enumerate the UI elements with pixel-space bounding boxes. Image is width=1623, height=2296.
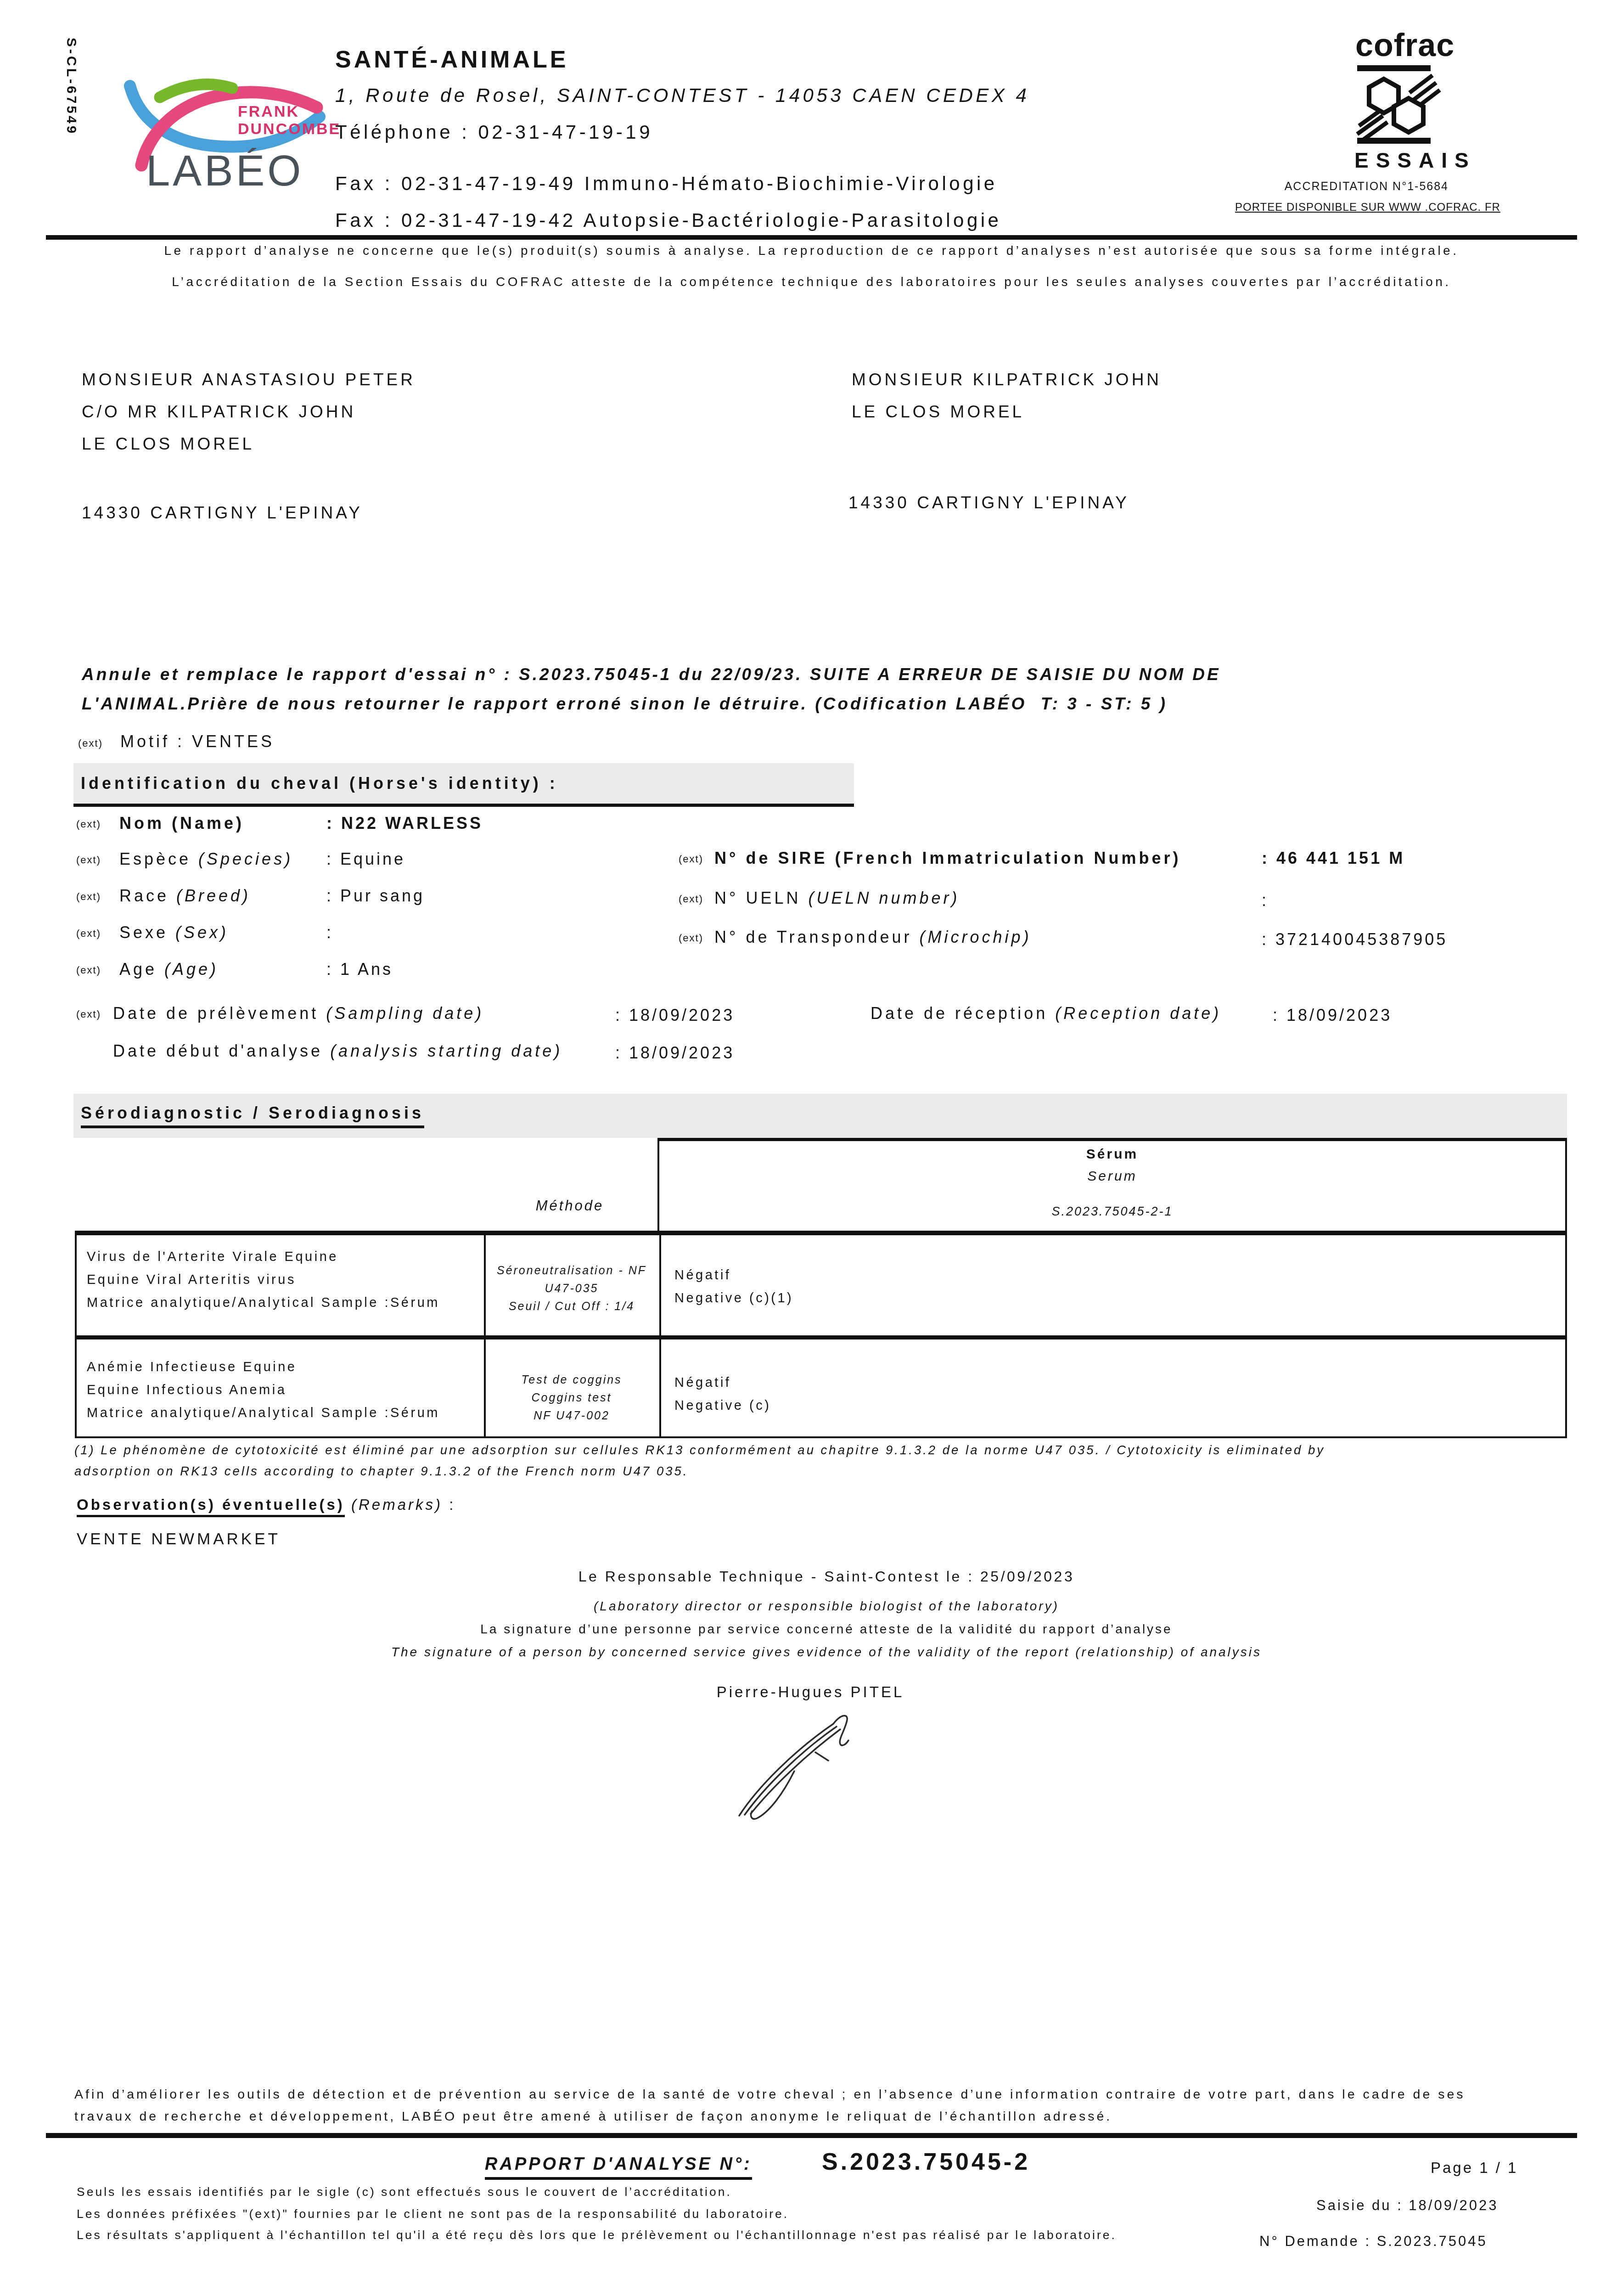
disclaimer-line1: Le rapport d’analyse ne concerne que le(… — [46, 243, 1577, 258]
entry-date: Saisie du : 18/09/2023 — [1316, 2197, 1499, 2214]
ueln-label-paren: (UELN number) — [808, 889, 960, 907]
race-ext-tag: (ext) — [76, 891, 101, 903]
signature-validity-fr: La signature d’une personne par service … — [275, 1622, 1377, 1637]
recipient-left-block: MONSIEUR ANASTASIOU PETER C/O MR KILPATR… — [82, 364, 416, 460]
row2-method-line1: Test de coggins — [484, 1371, 659, 1389]
disclaimer-line2: L’accréditation de la Section Essais du … — [46, 275, 1577, 289]
sire-label: N° de SIRE (French Immatriculation Numbe… — [714, 849, 1181, 868]
cofrac-scope-link: PORTEE DISPONIBLE SUR WWW .COFRAC. FR — [1235, 201, 1449, 214]
fine-print-line3: Les résultats s'appliquent à l'échantill… — [77, 2228, 1117, 2242]
ueln-label: N° UELN (UELN number) — [714, 889, 960, 908]
row1-method-line3: Seuil / Cut Off : 1/4 — [484, 1298, 659, 1316]
row1-method-line1: Séroneutralisation - NF — [484, 1262, 659, 1280]
prelevement-value: : 18/09/2023 — [615, 1006, 735, 1025]
chip-ext-tag: (ext) — [679, 932, 703, 944]
row1-matrix: Matrice analytique/Analytical Sample :Sé… — [87, 1291, 440, 1314]
nom-label: Nom (Name) — [119, 814, 244, 833]
row2-result-en: Negative (c) — [674, 1394, 771, 1417]
logo-duncombe-text: DUNCOMBE — [238, 120, 341, 138]
sero-section-title: Sérodiagnostic / Serodiagnosis — [81, 1103, 424, 1128]
cofrac-section-text: ESSAIS — [1354, 148, 1476, 173]
sexe-label-main: Sexe — [119, 923, 175, 942]
signature-validity-en: The signature of a person by concerned s… — [275, 1645, 1377, 1660]
logo-frank-text: FRANK — [238, 103, 299, 120]
sexe-label: Sexe (Sex) — [119, 923, 229, 942]
row1-analyte-fr: Virus de l'Arterite Virale Equine — [87, 1245, 440, 1268]
footer-info-line2: travaux de recherche et développement, L… — [74, 2109, 1112, 2124]
recipient-right-line2: LE CLOS MOREL — [852, 396, 1162, 428]
recipient-left-line2: C/O MR KILPATRICK JOHN — [82, 396, 416, 428]
ueln-label-main: N° UELN — [714, 889, 808, 907]
replacement-notice-line1: Annule et remplace le rapport d'essai n°… — [82, 665, 1221, 684]
header-phone: Téléphone : 02-31-47-19-19 — [335, 121, 653, 143]
cytotoxicity-footnote-line2: adsorption on RK13 cells according to ch… — [74, 1464, 689, 1479]
handwritten-signature — [725, 1695, 918, 1829]
chip-label-main: N° de Transpondeur — [714, 928, 920, 946]
lab-report-page: S-CL-67549 FRANK DUNCOMBE LABÉO SANTÉ-AN… — [0, 0, 1623, 2296]
row2-method-line2: Coggins test — [484, 1389, 659, 1407]
row2-method-line3: NF U47-002 — [484, 1407, 659, 1425]
header-fax2: Fax : 02-31-47-19-42 Autopsie-Bactériolo… — [335, 209, 1001, 231]
row1-method: Séroneutralisation - NF U47-035 Seuil / … — [484, 1262, 659, 1316]
recipient-left-line3: LE CLOS MOREL — [82, 428, 416, 460]
espece-value: : Equine — [326, 850, 405, 869]
table-row-divider — [77, 1335, 1565, 1339]
debut-label-main: Date début d'analyse — [113, 1041, 330, 1060]
recipient-right-block: MONSIEUR KILPATRICK JOHN LE CLOS MOREL — [852, 364, 1162, 428]
header-rule — [46, 235, 1577, 240]
row1-result-en: Negative (c)(1) — [674, 1287, 793, 1310]
prelevement-label: Date de prélèvement (Sampling date) — [113, 1004, 484, 1023]
age-label: Age (Age) — [119, 960, 219, 979]
prelevement-label-paren: (Sampling date) — [326, 1004, 484, 1023]
remarks-colon: : — [443, 1496, 455, 1513]
serum-sample-id: S.2023.75045-2-1 — [659, 1204, 1565, 1219]
row2-analyte-en: Equine Infectious Anemia — [87, 1379, 440, 1401]
chip-label-paren: (Microchip) — [920, 928, 1032, 946]
report-number-label: RAPPORT D'ANALYSE N°: — [485, 2155, 752, 2180]
espece-ext-tag: (ext) — [76, 854, 101, 866]
remarks-title: Observation(s) éventuelle(s) — [77, 1496, 345, 1517]
recipient-left-city: 14330 CARTIGNY L'EPINAY — [82, 497, 363, 529]
remarks-header: Observation(s) éventuelle(s) (Remarks) : — [77, 1496, 455, 1514]
age-label-paren: (Age) — [164, 960, 219, 979]
recipient-left-line1: MONSIEUR ANASTASIOU PETER — [82, 364, 416, 396]
row1-analyte: Virus de l'Arterite Virale Equine Equine… — [87, 1245, 440, 1314]
remarks-value: VENTE NEWMARKET — [77, 1530, 281, 1548]
race-label: Race (Breed) — [119, 886, 251, 906]
logo-labeo-text: LABÉO — [146, 146, 304, 195]
sire-value: : 46 441 151 M — [1262, 849, 1405, 868]
reception-label-paren: (Reception date) — [1055, 1004, 1221, 1023]
page-indicator: Page 1 / 1 — [1431, 2159, 1518, 2177]
recipient-right-city: 14330 CARTIGNY L'EPINAY — [848, 487, 1129, 519]
row2-matrix: Matrice analytique/Analytical Sample :Sé… — [87, 1401, 440, 1424]
reception-value: : 18/09/2023 — [1273, 1006, 1392, 1025]
age-value: : 1 Ans — [326, 960, 393, 979]
espece-label: Espèce (Species) — [119, 850, 293, 869]
prelevement-ext-tag: (ext) — [76, 1008, 101, 1020]
footer-rule — [46, 2133, 1577, 2138]
race-label-paren: (Breed) — [176, 886, 251, 905]
row2-analyte: Anémie Infectieuse Equine Equine Infecti… — [87, 1356, 440, 1424]
recipient-right-line1: MONSIEUR KILPATRICK JOHN — [852, 364, 1162, 396]
chip-label: N° de Transpondeur (Microchip) — [714, 928, 1032, 947]
ueln-ext-tag: (ext) — [679, 893, 703, 905]
header-department: SANTÉ-ANIMALE — [335, 46, 568, 73]
signatory-role-line: Le Responsable Technique - Saint-Contest… — [275, 1568, 1377, 1585]
ueln-value: : — [1262, 891, 1269, 910]
row2-method: Test de coggins Coggins test NF U47-002 — [484, 1371, 659, 1425]
chip-value: : 372140045387905 — [1262, 930, 1448, 949]
debut-label: Date début d'analyse (analysis starting … — [113, 1041, 562, 1061]
row2-result-fr: Négatif — [674, 1371, 771, 1394]
nom-ext-tag: (ext) — [76, 818, 101, 830]
sero-section-header: Sérodiagnostic / Serodiagnosis — [73, 1094, 1567, 1138]
reception-label: Date de réception (Reception date) — [870, 1004, 1221, 1023]
serum-title-en: Serum — [659, 1169, 1565, 1184]
motif-ext-tag: (ext) — [78, 737, 103, 749]
sexe-value: : — [326, 923, 333, 942]
fine-print-line1: Seuls les essais identifiés par le sigle… — [77, 2185, 732, 2199]
motif-line: Motif : VENTES — [120, 732, 275, 751]
reception-label-main: Date de réception — [870, 1004, 1055, 1023]
request-number: N° Demande : S.2023.75045 — [1259, 2233, 1488, 2250]
header-fax1: Fax : 02-31-47-19-49 Immuno-Hémato-Bioch… — [335, 173, 998, 195]
row2-result: Négatif Negative (c) — [674, 1371, 771, 1417]
row2-analyte-fr: Anémie Infectieuse Equine — [87, 1356, 440, 1379]
sexe-label-paren: (Sex) — [175, 923, 229, 942]
fine-print-line2: Les données préfixées "(ext)" fournies p… — [77, 2207, 789, 2221]
side-code: S-CL-67549 — [63, 38, 79, 135]
footer-info-line1: Afin d’améliorer les outils de détection… — [74, 2087, 1466, 2102]
debut-value: : 18/09/2023 — [615, 1043, 735, 1063]
age-ext-tag: (ext) — [76, 964, 101, 976]
race-label-main: Race — [119, 886, 176, 905]
cofrac-brand-text: cofrac — [1355, 27, 1455, 63]
signatory-role-en: (Laboratory director or responsible biol… — [275, 1599, 1377, 1614]
nom-value: : N22 WARLESS — [326, 814, 483, 833]
espece-label-main: Espèce — [119, 850, 198, 868]
header-address: 1, Route de Rosel, SAINT-CONTEST - 14053… — [335, 84, 1029, 107]
espece-label-paren: (Species) — [198, 850, 293, 868]
sero-serum-header-box: Sérum Serum S.2023.75045-2-1 — [657, 1138, 1567, 1231]
race-value: : Pur sang — [326, 886, 425, 906]
identity-section-header: Identification du cheval (Horse's identi… — [73, 763, 854, 807]
age-label-main: Age — [119, 960, 164, 979]
report-number-value: S.2023.75045-2 — [822, 2148, 1030, 2176]
identity-section-title: Identification du cheval (Horse's identi… — [73, 774, 558, 793]
sexe-ext-tag: (ext) — [76, 928, 101, 940]
cofrac-accreditation: ACCREDITATION N°1-5684 — [1240, 180, 1449, 193]
serum-title-fr: Sérum — [659, 1147, 1565, 1162]
prelevement-label-main: Date de prélèvement — [113, 1004, 326, 1023]
cytotoxicity-footnote-line1: (1) Le phénomène de cytotoxicité est éli… — [74, 1443, 1325, 1458]
row1-method-line2: U47-035 — [484, 1280, 659, 1298]
debut-label-paren: (analysis starting date) — [330, 1041, 562, 1060]
row1-result-fr: Négatif — [674, 1264, 793, 1287]
cofrac-logo-icon — [1355, 65, 1447, 144]
row1-result: Négatif Negative (c)(1) — [674, 1264, 793, 1310]
sire-ext-tag: (ext) — [679, 853, 703, 865]
replacement-notice-line2: L'ANIMAL.Prière de nous retourner le rap… — [82, 694, 1168, 714]
labeo-logo: FRANK DUNCOMBE LABÉO — [123, 61, 343, 212]
sero-results-table: Virus de l'Arterite Virale Equine Equine… — [75, 1231, 1567, 1438]
methode-column-label: Méthode — [482, 1198, 657, 1214]
remarks-title-paren: (Remarks) — [345, 1496, 443, 1513]
row1-analyte-en: Equine Viral Arteritis virus — [87, 1268, 440, 1291]
